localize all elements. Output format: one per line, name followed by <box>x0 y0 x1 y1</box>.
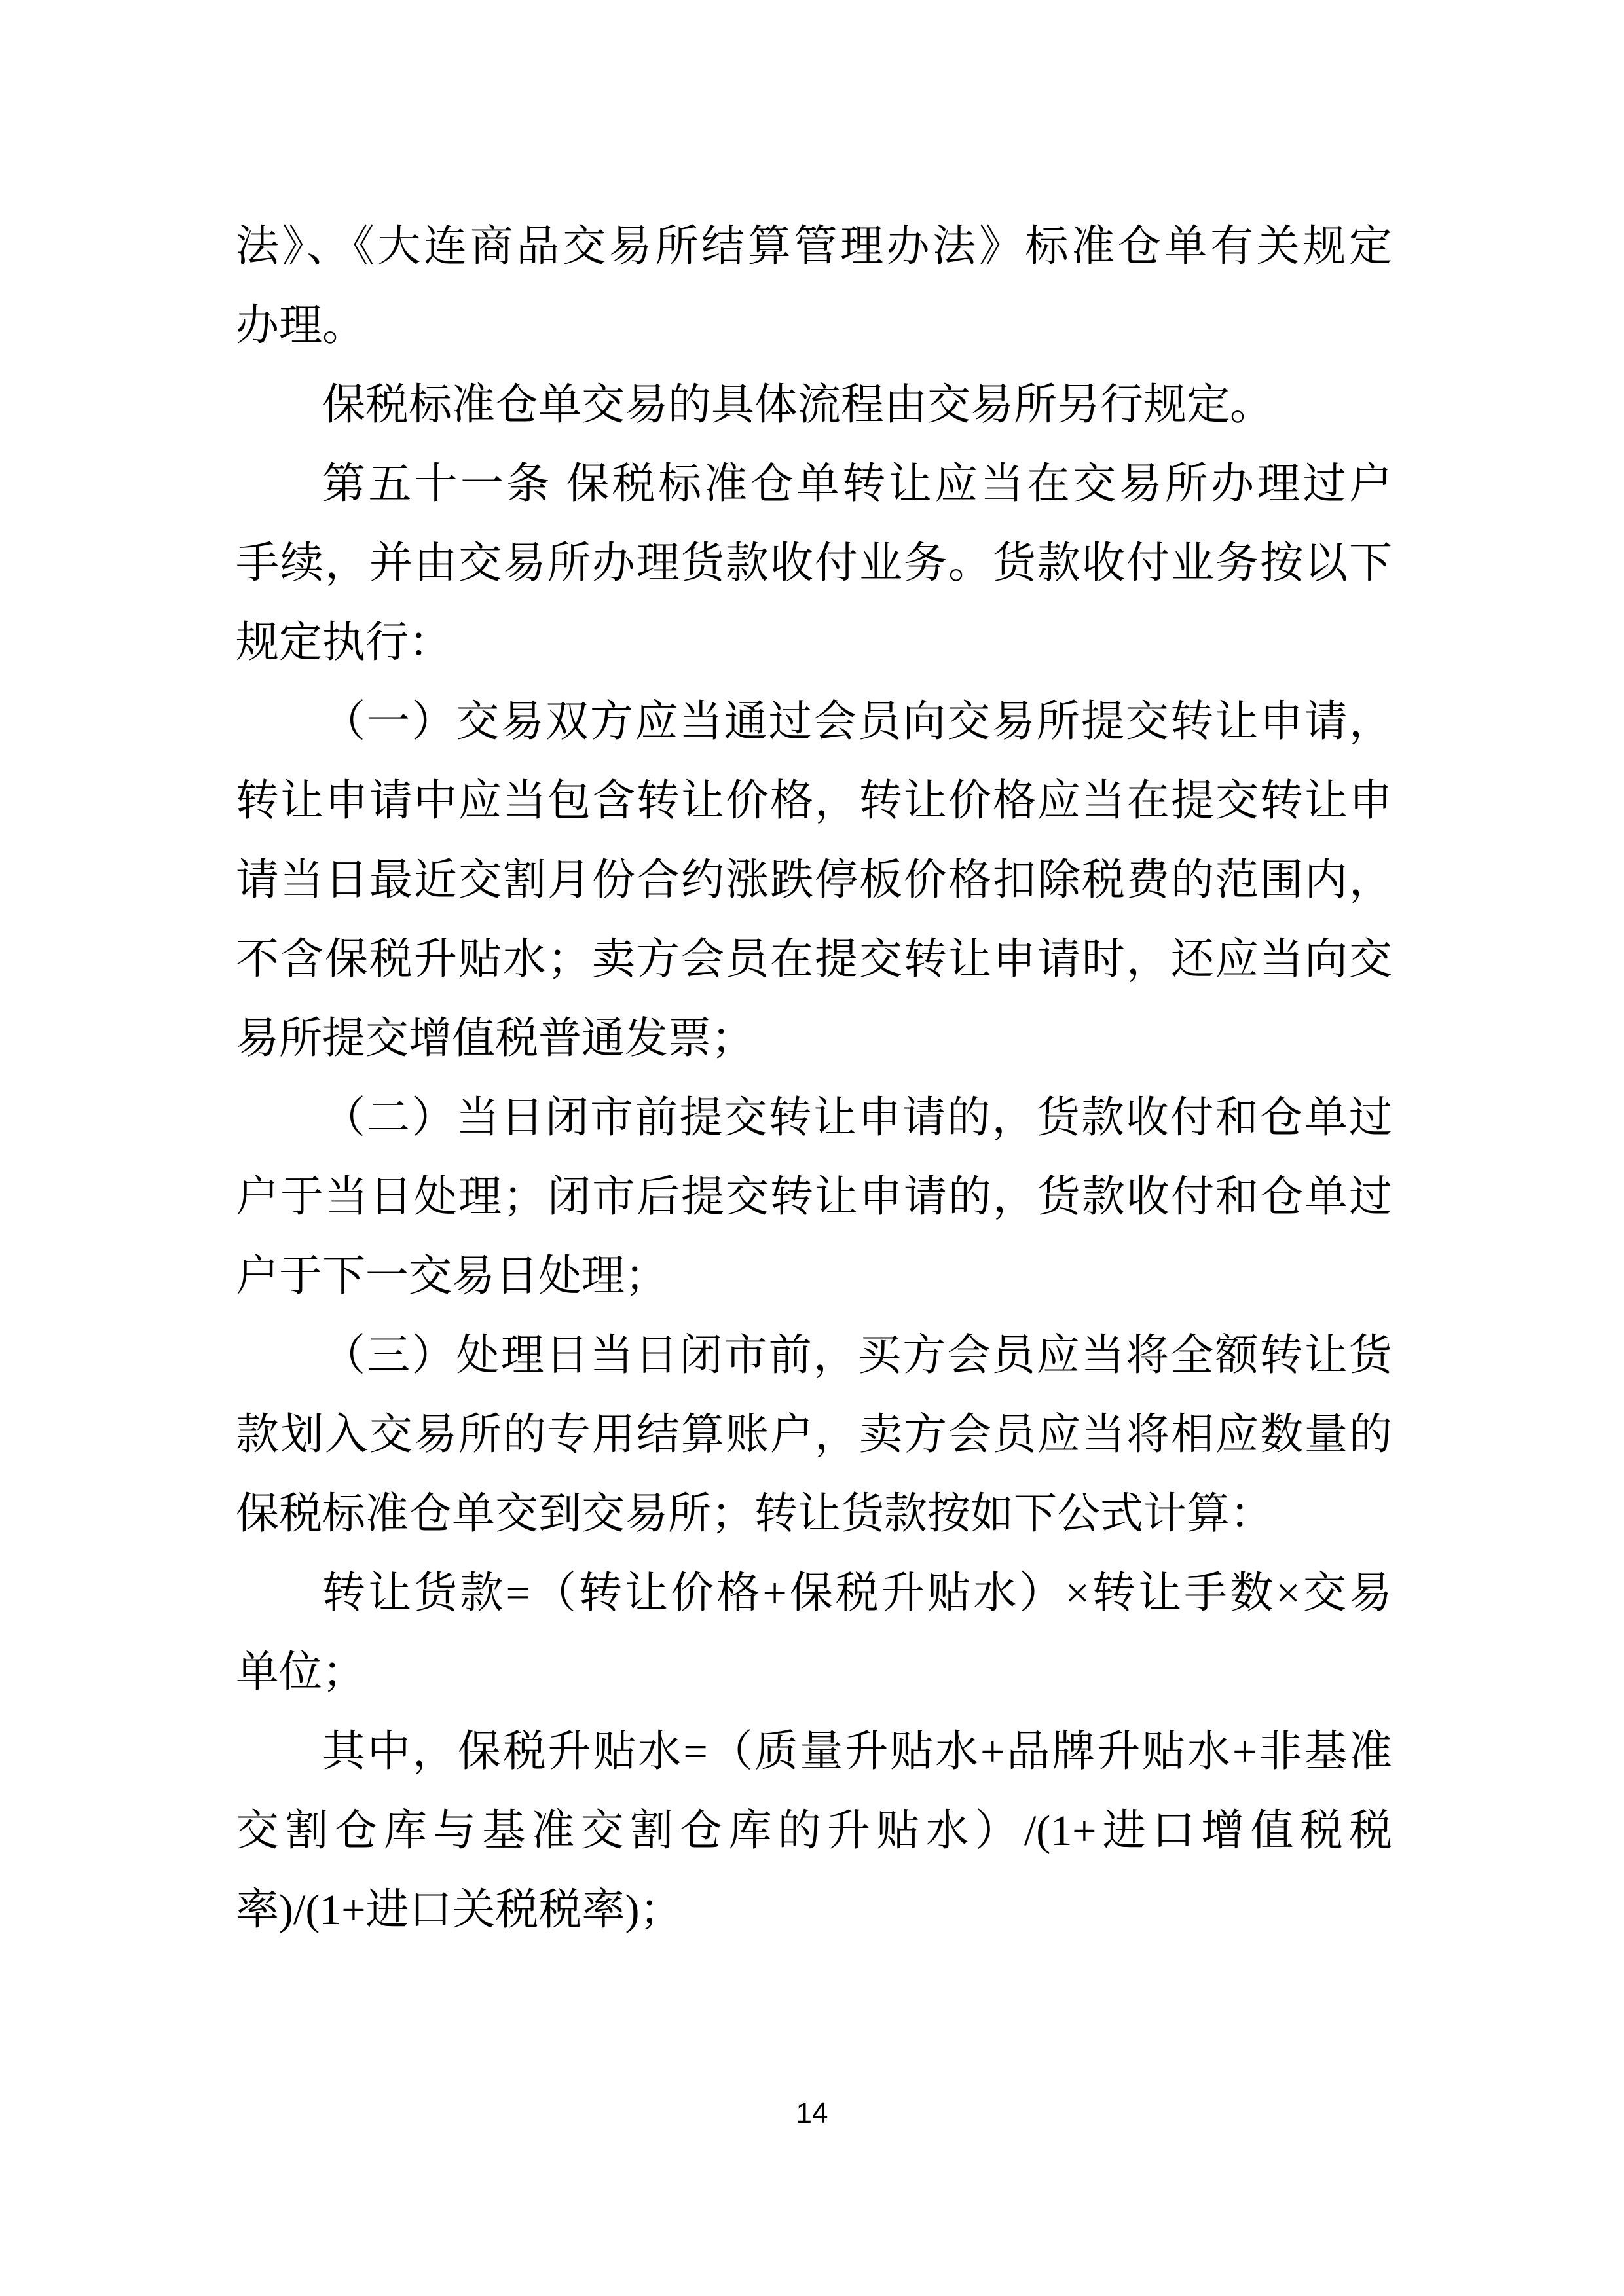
text-line: 办理。 <box>236 286 1392 365</box>
text-line: 单位； <box>236 1633 1392 1712</box>
text-line: 保税标准仓单交到交易所；转让货款按如下公式计算： <box>236 1474 1392 1554</box>
text-line: 不含保税升贴水；卖方会员在提交转让申请时，还应当向交 <box>236 920 1392 999</box>
text-line: （三）处理日当日闭市前，买方会员应当将全额转让货 <box>236 1316 1392 1395</box>
text-line: （一）交易双方应当通过会员向交易所提交转让申请， <box>236 682 1392 761</box>
text-line: 款划入交易所的专用结算账户，卖方会员应当将相应数量的 <box>236 1395 1392 1474</box>
text-line: 手续，并由交易所办理货款收付业务。货款收付业务按以下 <box>236 524 1392 603</box>
text-line: 户于下一交易日处理； <box>236 1237 1392 1316</box>
document-body: 法》、《大连商品交易所结算管理办法》标准仓单有关规定 办理。 保税标准仓单交易的… <box>236 207 1392 1950</box>
text-line: 率)/(1+进口关税税率)； <box>236 1870 1392 1950</box>
text-line: 规定执行： <box>236 603 1392 682</box>
text-line: 法》、《大连商品交易所结算管理办法》标准仓单有关规定 <box>236 207 1392 286</box>
document-page: 法》、《大连商品交易所结算管理办法》标准仓单有关规定 办理。 保税标准仓单交易的… <box>0 0 1624 2296</box>
text-line: 易所提交增值税普通发票； <box>236 999 1392 1078</box>
text-line: 转让货款=（转让价格+保税升贴水）×转让手数×交易 <box>236 1554 1392 1633</box>
text-line: 其中，保税升贴水=（质量升贴水+品牌升贴水+非基准 <box>236 1712 1392 1791</box>
text-line: 户于当日处理；闭市后提交转让申请的，货款收付和仓单过 <box>236 1157 1392 1237</box>
text-line: 转让申请中应当包含转让价格，转让价格应当在提交转让申 <box>236 761 1392 841</box>
text-line: （二）当日闭市前提交转让申请的，货款收付和仓单过 <box>236 1078 1392 1157</box>
page-number: 14 <box>0 2094 1624 2133</box>
text-line: 保税标准仓单交易的具体流程由交易所另行规定。 <box>236 365 1392 445</box>
text-line: 交割仓库与基准交割仓库的升贴水）/(1+进口增值税税 <box>236 1791 1392 1870</box>
text-line: 请当日最近交割月份合约涨跌停板价格扣除税费的范围内， <box>236 841 1392 920</box>
text-line: 第五十一条 保税标准仓单转让应当在交易所办理过户 <box>236 445 1392 524</box>
